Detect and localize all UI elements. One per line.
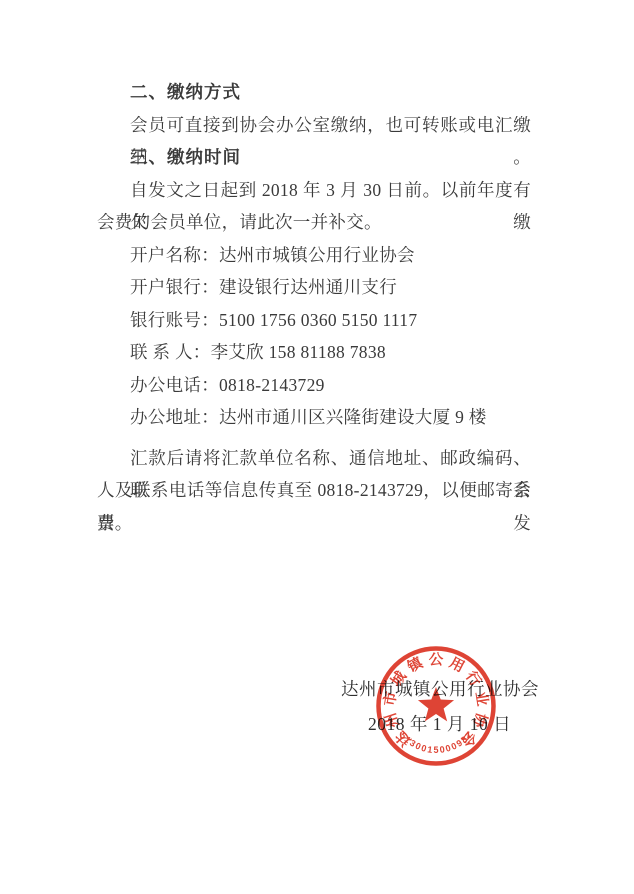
office-address-label: 办公地址： xyxy=(130,407,219,427)
contact-person-value: 李艾欣 158 81188 7838 xyxy=(211,342,386,362)
contact-person-label: 联 系 人： xyxy=(130,342,211,362)
section-heading-payment-method: 二、缴纳方式 xyxy=(97,76,531,109)
account-name-label: 开户名称： xyxy=(130,245,219,265)
paragraph-remittance-line1: 汇款后请将汇款单位名称、通信地址、邮政编码、联系 xyxy=(97,442,531,475)
office-address-value: 达州市通川区兴隆街建设大厦 9 楼 xyxy=(219,407,487,427)
account-row: 开户名称：达州市城镇公用行业协会 xyxy=(97,239,531,272)
account-row: 开户银行：建设银行达州通川支行 xyxy=(97,271,531,304)
official-seal: 达州市城镇公用行业协会 5130015000987 xyxy=(356,626,516,786)
office-phone-value: 0818-2143729 xyxy=(219,375,325,395)
account-bank-value: 建设银行达州通川支行 xyxy=(219,277,397,297)
svg-text:1: 1 xyxy=(427,744,433,755)
svg-text:协: 协 xyxy=(469,711,490,731)
account-row: 办公地址：达州市通川区兴隆街建设大厦 9 楼 xyxy=(97,401,531,434)
svg-text:业: 业 xyxy=(472,690,491,707)
paragraph-payment-time-line1: 自发文之日起到 2018 年 3 月 30 日前。以前年度有欠缴 xyxy=(97,174,531,207)
paragraph-payment-method: 会员可直接到协会办公室缴纳，也可转账或电汇缴纳。 xyxy=(97,109,531,142)
account-name-value: 达州市城镇公用行业协会 xyxy=(219,245,415,265)
account-number-label: 银行账号： xyxy=(130,310,219,330)
svg-text:公: 公 xyxy=(429,652,444,669)
paragraph-remittance-line2: 人及联系电话等信息传真至 0818-2143729，以便邮寄会费发 xyxy=(97,474,531,507)
star-icon xyxy=(418,687,454,721)
office-phone-label: 办公电话： xyxy=(130,375,219,395)
account-number-value: 5100 1756 0360 5150 1117 xyxy=(219,310,417,330)
document-page: 二、缴纳方式 会员可直接到协会办公室缴纳，也可转账或电汇缴纳。 三、缴纳时间 自… xyxy=(0,0,634,894)
account-row: 银行账号：5100 1756 0360 5150 1117 xyxy=(97,304,531,337)
svg-text:市: 市 xyxy=(380,690,400,708)
svg-text:州: 州 xyxy=(382,711,403,730)
svg-text:5: 5 xyxy=(433,745,438,755)
account-bank-label: 开户银行： xyxy=(130,277,219,297)
document-body: 二、缴纳方式 会员可直接到协会办公室缴纳，也可转账或电汇缴纳。 三、缴纳时间 自… xyxy=(97,76,531,539)
seal-number: 5130015000987 xyxy=(398,730,474,755)
account-row: 联 系 人：李艾欣 158 81188 7838 xyxy=(97,336,531,369)
account-row: 办公电话：0818-2143729 xyxy=(97,369,531,402)
